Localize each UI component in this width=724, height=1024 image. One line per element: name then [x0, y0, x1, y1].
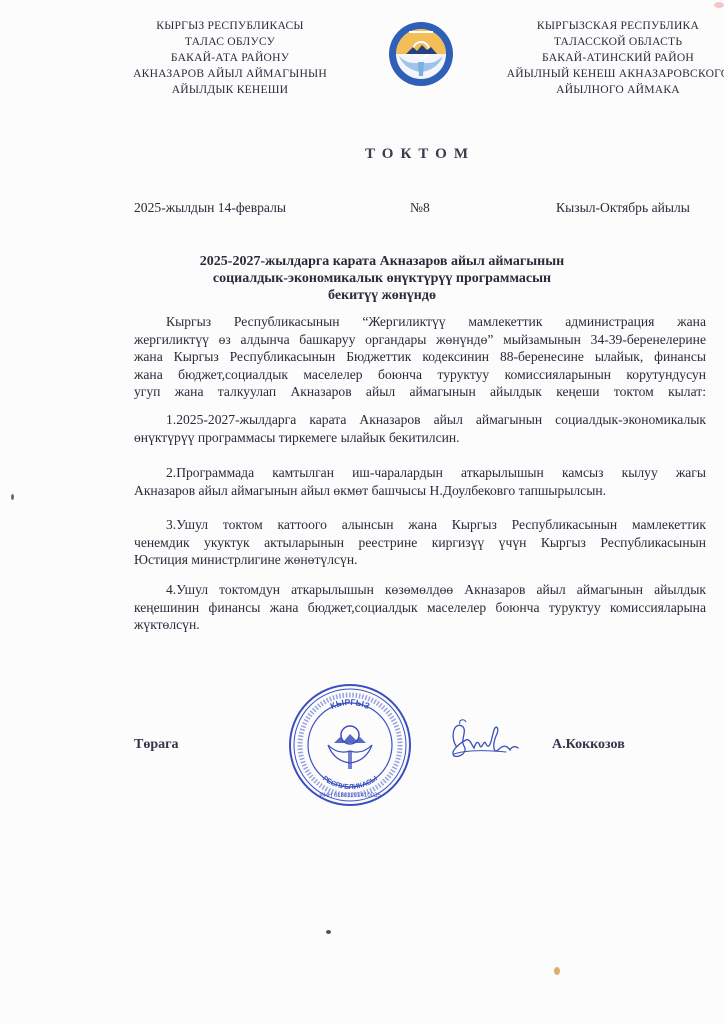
header-left-line: АЙЫЛДЫК КЕНЕШИ	[108, 82, 352, 98]
subject-line: социалдык-экономикалык өнүктүрүү програм…	[180, 270, 584, 287]
paragraph-line: кеңешинин финансы жана бюджет,социалдык …	[134, 599, 706, 617]
header-left-line: ТАЛАС ОБЛУСУ	[108, 34, 352, 50]
paragraph-line: жергиликтүү өз алдынча башкаруу органдар…	[134, 331, 706, 349]
document-date: 2025-жылдын 14-февралы	[134, 200, 286, 216]
scan-speck	[714, 2, 724, 8]
header-kyrgyz: КЫРГЫЗ РЕСПУБЛИКАСЫ ТАЛАС ОБЛУСУ БАКАЙ-А…	[108, 18, 352, 98]
official-seal-icon: КЫРГЫЗ РЕСПУБЛИКАСЫ ИНН 01803202410035	[288, 683, 412, 807]
document-title: ТОКТОМ	[0, 146, 724, 163]
state-emblem-icon	[387, 20, 455, 88]
resolution-item-1: 1.2025-2027-жылдарга карата Акназаров ай…	[134, 411, 706, 446]
header-left-line: АКНАЗАРОВ АЙЫЛ АЙМАГЫНЫН	[108, 66, 352, 82]
scan-speck	[11, 494, 14, 500]
handwritten-signature-icon	[446, 716, 524, 764]
intro-paragraph: Кыргыз Республикасынын “Жергиликтүү мамл…	[134, 313, 706, 401]
paragraph-line: өнүктүрүү программасы тиркемеге ылайык б…	[134, 429, 706, 447]
scan-speck	[554, 967, 560, 975]
paragraph-line: жана бюджет,социалдык маселелер боюнча т…	[134, 366, 706, 384]
header-right-line: КЫРГЫЗСКАЯ РЕСПУБЛИКА	[498, 18, 724, 34]
paragraph-line: 4.Ушул токтомдун аткарылышын көзөмөлдөө …	[134, 581, 706, 599]
paragraph-line: 3.Ушул токтом каттоого алынсын жана Кырг…	[134, 516, 706, 534]
paragraph-line: Кыргыз Республикасынын “Жергиликтүү мамл…	[134, 313, 706, 331]
paragraph-line: 2.Программада камтылган иш-чаралардын ат…	[134, 464, 706, 482]
header-right-line: ТАЛАССКОЙ ОБЛАСТЬ	[498, 34, 724, 50]
scan-speck	[326, 930, 331, 934]
document-subject: 2025-2027-жылдарга карата Акназаров айыл…	[180, 253, 584, 304]
resolution-item-4: 4.Ушул токтомдун аткарылышын көзөмөлдөө …	[134, 581, 706, 634]
signatory-name: А.Коккозов	[552, 737, 625, 753]
resolution-item-3: 3.Ушул токтом каттоого алынсын жана Кырг…	[134, 516, 706, 569]
header-right-line: АЙЫЛНЫЙ КЕНЕШ АКНАЗАРОВСКОГО	[498, 66, 724, 82]
paragraph-line: жүктөлсүн.	[134, 616, 706, 634]
subject-line: бекитүү жөнүндө	[180, 287, 584, 304]
document-number: №8	[410, 200, 430, 216]
paragraph-line: Юстиция министрлигине жөнөтүлсүн.	[134, 551, 706, 569]
svg-text:ИНН 01803202410035: ИНН 01803202410035	[319, 793, 381, 799]
paragraph-line: Акназаров айыл аймагынын айыл өкмөт башч…	[134, 482, 706, 500]
header-russian: КЫРГЫЗСКАЯ РЕСПУБЛИКА ТАЛАССКОЙ ОБЛАСТЬ …	[498, 18, 724, 98]
header-right-line: АЙЫЛНОГО АЙМАКА	[498, 82, 724, 98]
signatory-title: Төрага	[134, 737, 178, 753]
paragraph-line: ченемдик укуктук актыларынын реестрине к…	[134, 534, 706, 552]
paragraph-line: жана Кыргыз Республикасынын Бюджеттик ко…	[134, 348, 706, 366]
header-right-line: БАКАЙ-АТИНСКИЙ РАЙОН	[498, 50, 724, 66]
subject-line: 2025-2027-жылдарга карата Акназаров айыл…	[180, 253, 584, 270]
resolution-item-2: 2.Программада камтылган иш-чаралардын ат…	[134, 464, 706, 499]
paragraph-line: угуп жана талкуулап Акназаров айыл аймаг…	[134, 383, 706, 401]
header-left-line: КЫРГЫЗ РЕСПУБЛИКАСЫ	[108, 18, 352, 34]
header-left-line: БАКАЙ-АТА РАЙОНУ	[108, 50, 352, 66]
document-place: Кызыл-Октябрь айылы	[556, 200, 690, 216]
paragraph-line: 1.2025-2027-жылдарга карата Акназаров ай…	[134, 411, 706, 429]
document-page: КЫРГЫЗ РЕСПУБЛИКАСЫ ТАЛАС ОБЛУСУ БАКАЙ-А…	[0, 0, 724, 1024]
